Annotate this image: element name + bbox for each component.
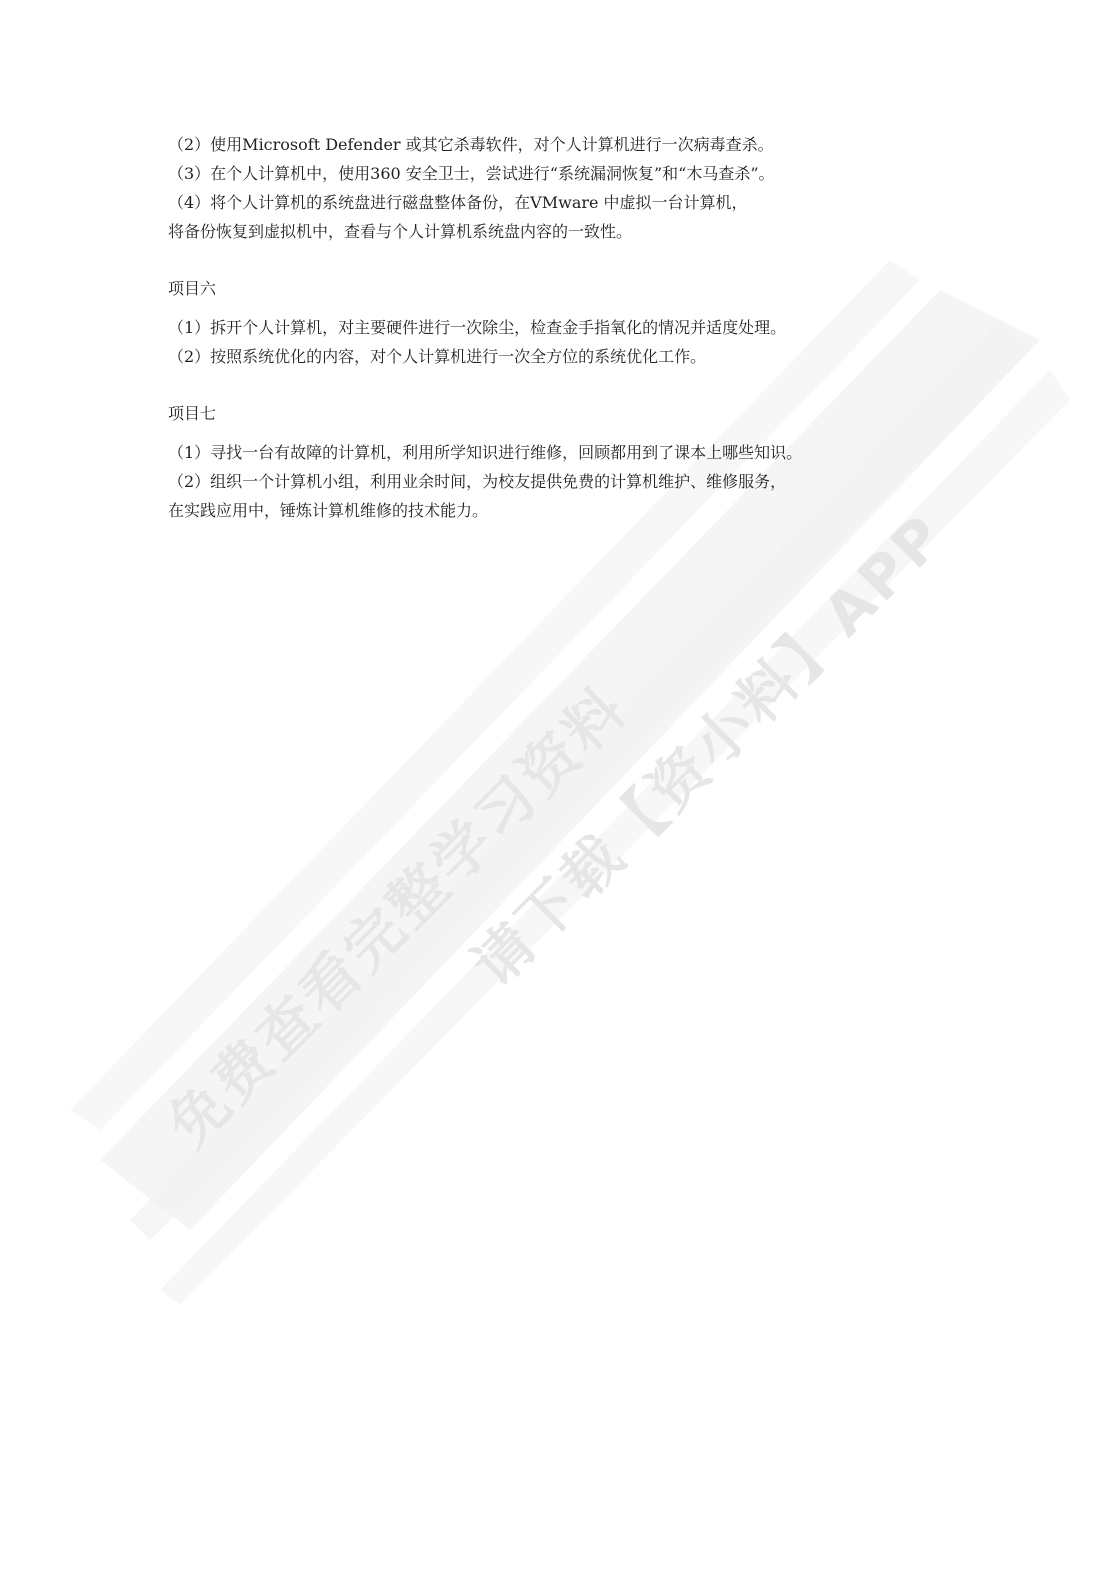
- exercise-item-continuation: 将备份恢复到虚拟机中，查看与个人计算机系统盘内容的一致性。: [168, 217, 928, 246]
- watermark-text-line2: 请下载【资小料】APP: [450, 491, 960, 1001]
- exercise-item: （3）在个人计算机中，使用360 安全卫士，尝试进行“系统漏洞恢复”和“木马查杀…: [168, 159, 928, 188]
- exercise-item-continuation: 在实践应用中，锤炼计算机维修的技术能力。: [168, 496, 928, 525]
- exercise-item: （4）将个人计算机的系统盘进行磁盘整体备份，在VMware 中虚拟一台计算机，: [168, 188, 928, 217]
- document-body: （2）使用Microsoft Defender 或其它杀毒软件，对个人计算机进行…: [168, 130, 928, 525]
- exercise-item: （2）使用Microsoft Defender 或其它杀毒软件，对个人计算机进行…: [168, 130, 928, 159]
- section-title-project-6: 项目六: [168, 274, 928, 303]
- exercise-item: （2）按照系统优化的内容，对个人计算机进行一次全方位的系统优化工作。: [168, 342, 928, 371]
- section-title-project-7: 项目七: [168, 399, 928, 428]
- exercise-item: （2）组织一个计算机小组，利用业余时间，为校友提供免费的计算机维护、维修服务，: [168, 467, 928, 496]
- exercise-item: （1）拆开个人计算机，对主要硬件进行一次除尘，检查金手指氧化的情况并适度处理。: [168, 313, 928, 342]
- exercise-item: （1）寻找一台有故障的计算机，利用所学知识进行维修，回顾都用到了课本上哪些知识。: [168, 438, 928, 467]
- watermark-text-line1: 免费查看完整学习资料: [145, 664, 643, 1162]
